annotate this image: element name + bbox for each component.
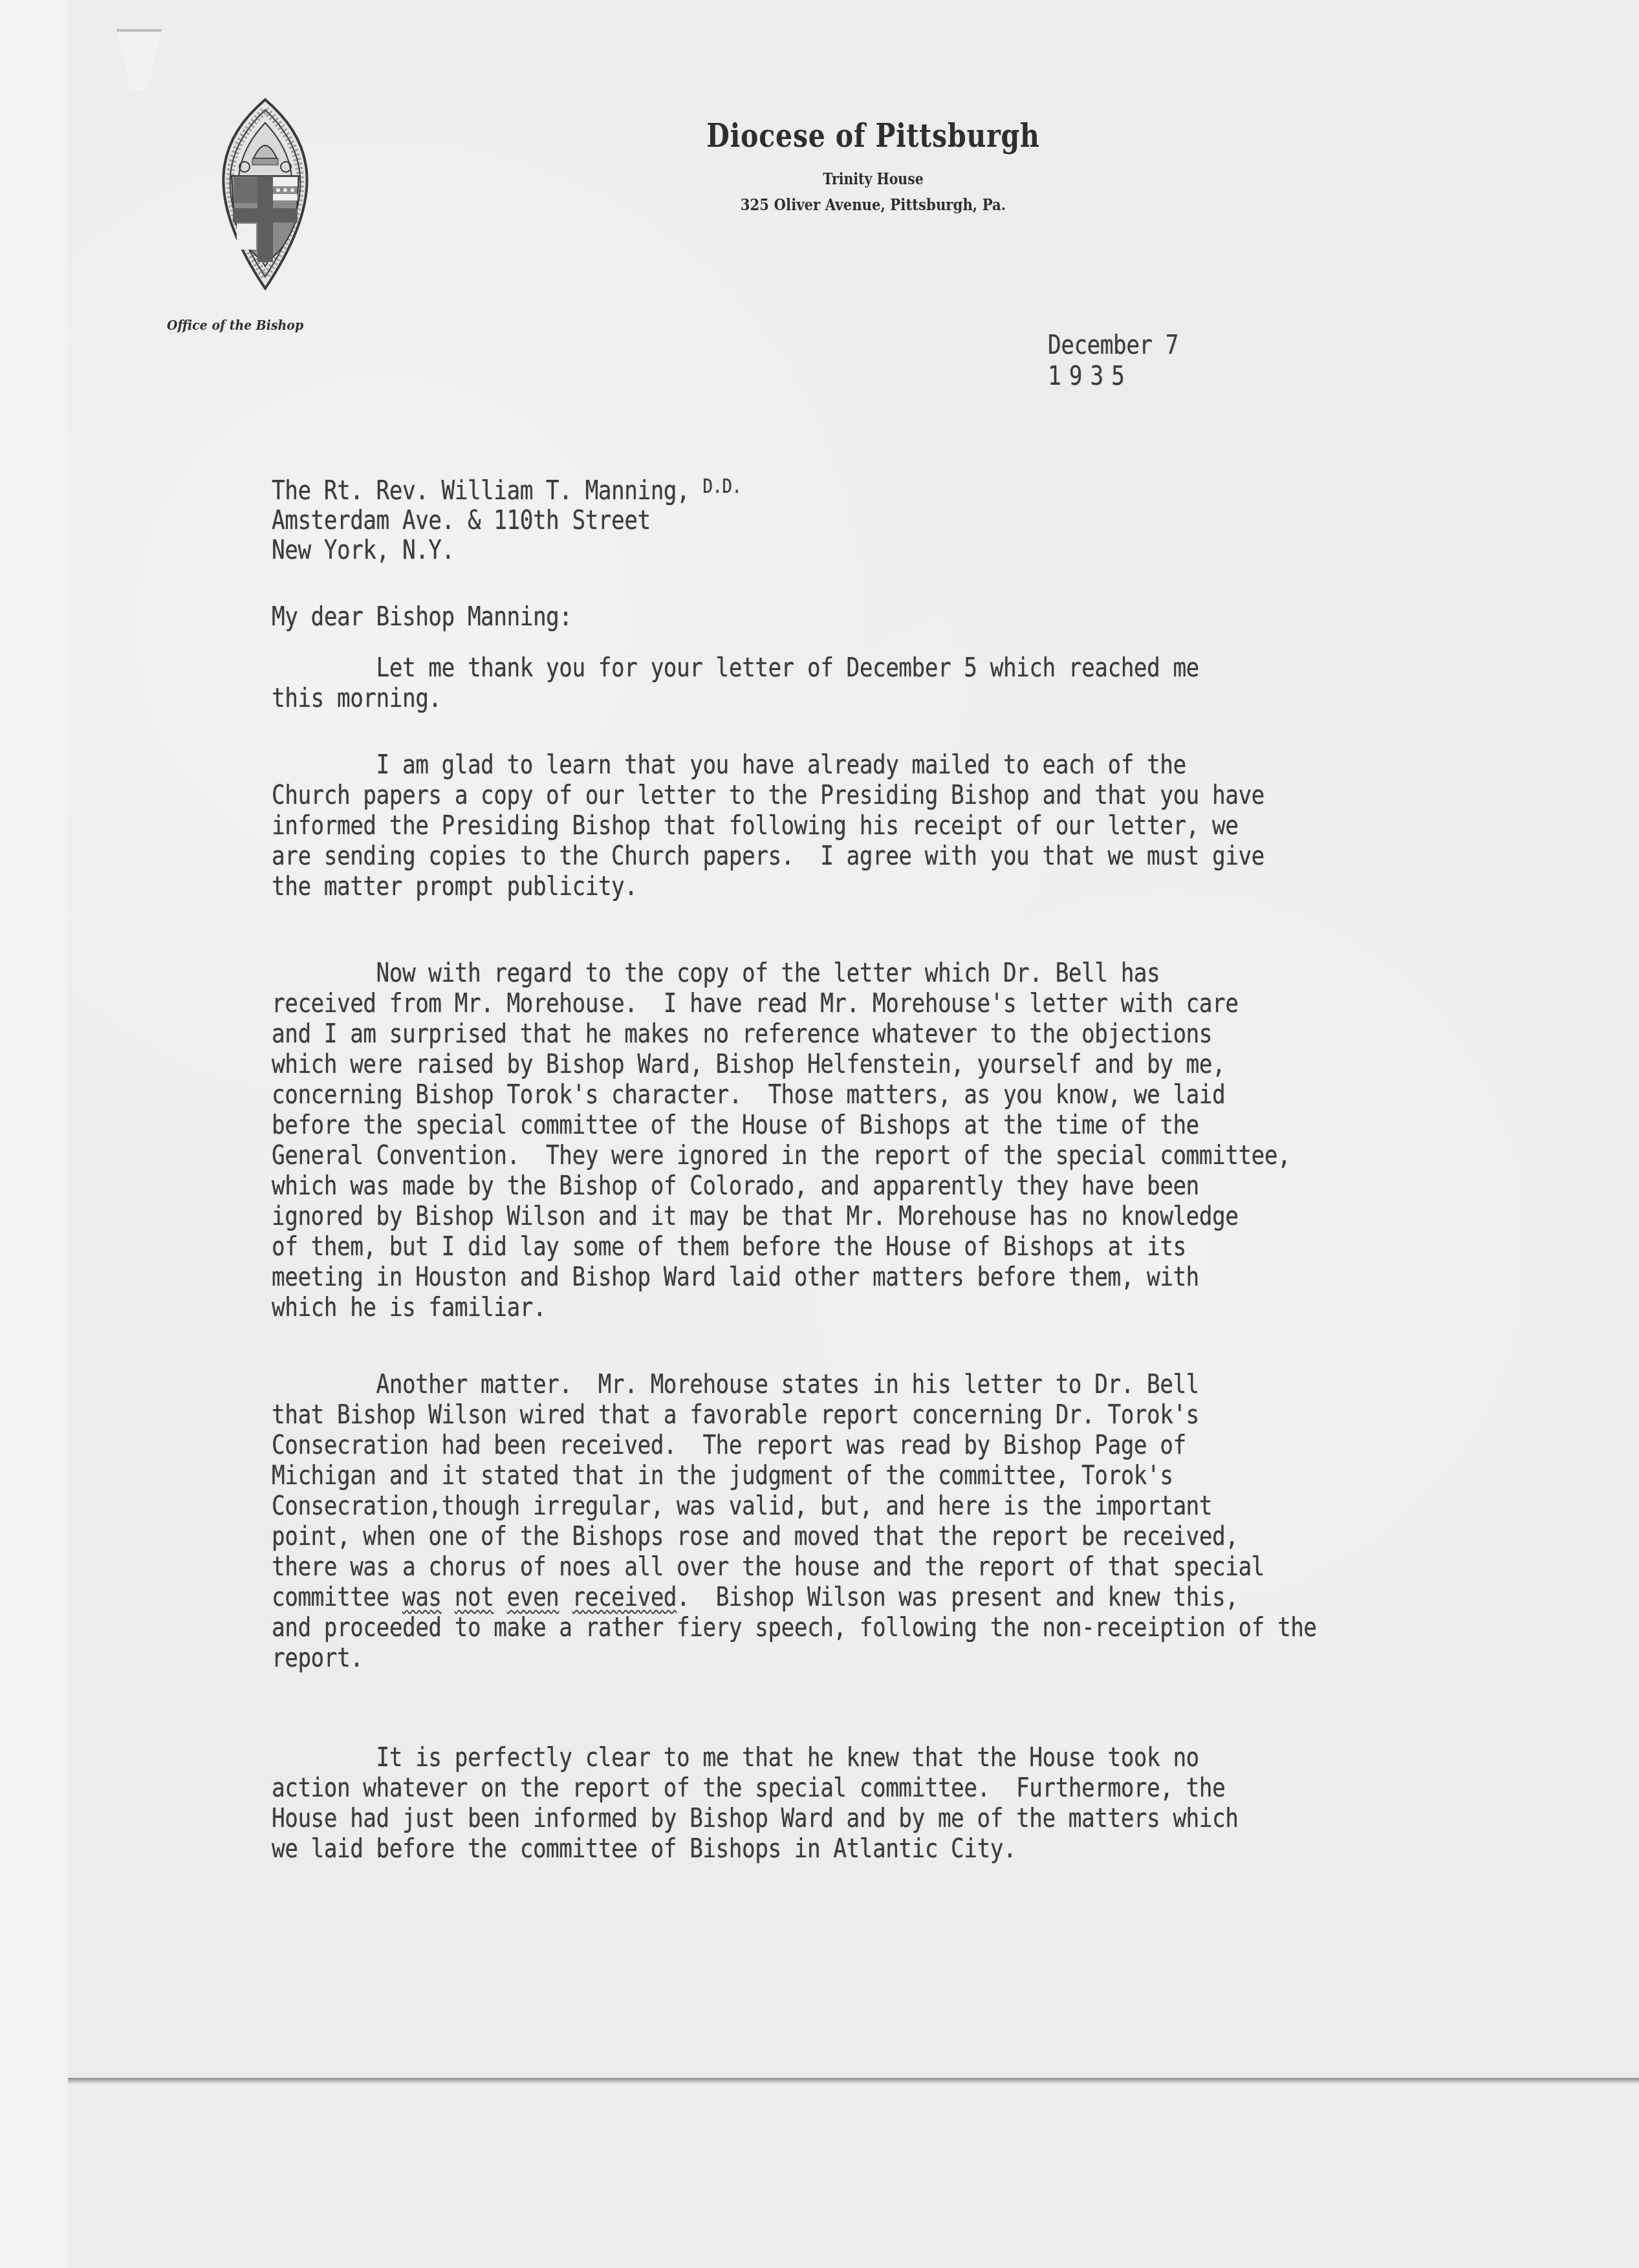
underlined-word: received: [572, 1582, 677, 1612]
paragraph-5: It is perfectly clear to me that he knew…: [272, 1743, 1238, 1864]
underlined-line: committee was not even received. Bishop …: [272, 1582, 1238, 1612]
letterhead-address: 325 Oliver Avenue, Pittsburgh, Pa.: [681, 195, 1066, 214]
recipient-name: The Rt. Rev. William T. Manning,: [272, 476, 689, 506]
letterhead-organization: Diocese of Pittsburgh: [688, 116, 1059, 155]
salutation: My dear Bishop Manning:: [272, 601, 572, 632]
recipient-city: New York, N.Y.: [272, 535, 455, 565]
paragraph-4-lines-after: and proceeded to make a rather fiery spe…: [272, 1613, 1317, 1673]
date-year: 1935: [1048, 361, 1133, 392]
date-month-day: December 7: [1048, 330, 1178, 361]
paragraph-3: Now with regard to the copy of the lette…: [272, 958, 1290, 1323]
recipient-address-block: The Rt. Rev. William T. Manning, D.D. Am…: [272, 472, 742, 565]
diocesan-seal-icon: [194, 97, 336, 291]
paragraph-4: Another matter. Mr. Morehouse states in …: [272, 1370, 1317, 1674]
letterhead-office: Office of the Bishop: [167, 317, 303, 333]
paragraph-4-lines-before: Another matter. Mr. Morehouse states in …: [272, 1370, 1265, 1582]
scanner-background: [0, 0, 68, 2268]
scanner-background-bottom: [68, 2084, 1639, 2268]
underlined-word: was: [402, 1582, 442, 1612]
underlined-word: even: [507, 1582, 559, 1612]
letterhead-building: Trinity House: [681, 169, 1066, 188]
underlined-word: not: [455, 1582, 494, 1612]
paragraph-1: Let me thank you for your letter of Dece…: [272, 653, 1199, 714]
recipient-degree: D.D.: [702, 475, 741, 498]
paragraph-2: I am glad to learn that you have already…: [272, 750, 1265, 902]
recipient-street: Amsterdam Ave. & 110th Street: [272, 506, 651, 535]
